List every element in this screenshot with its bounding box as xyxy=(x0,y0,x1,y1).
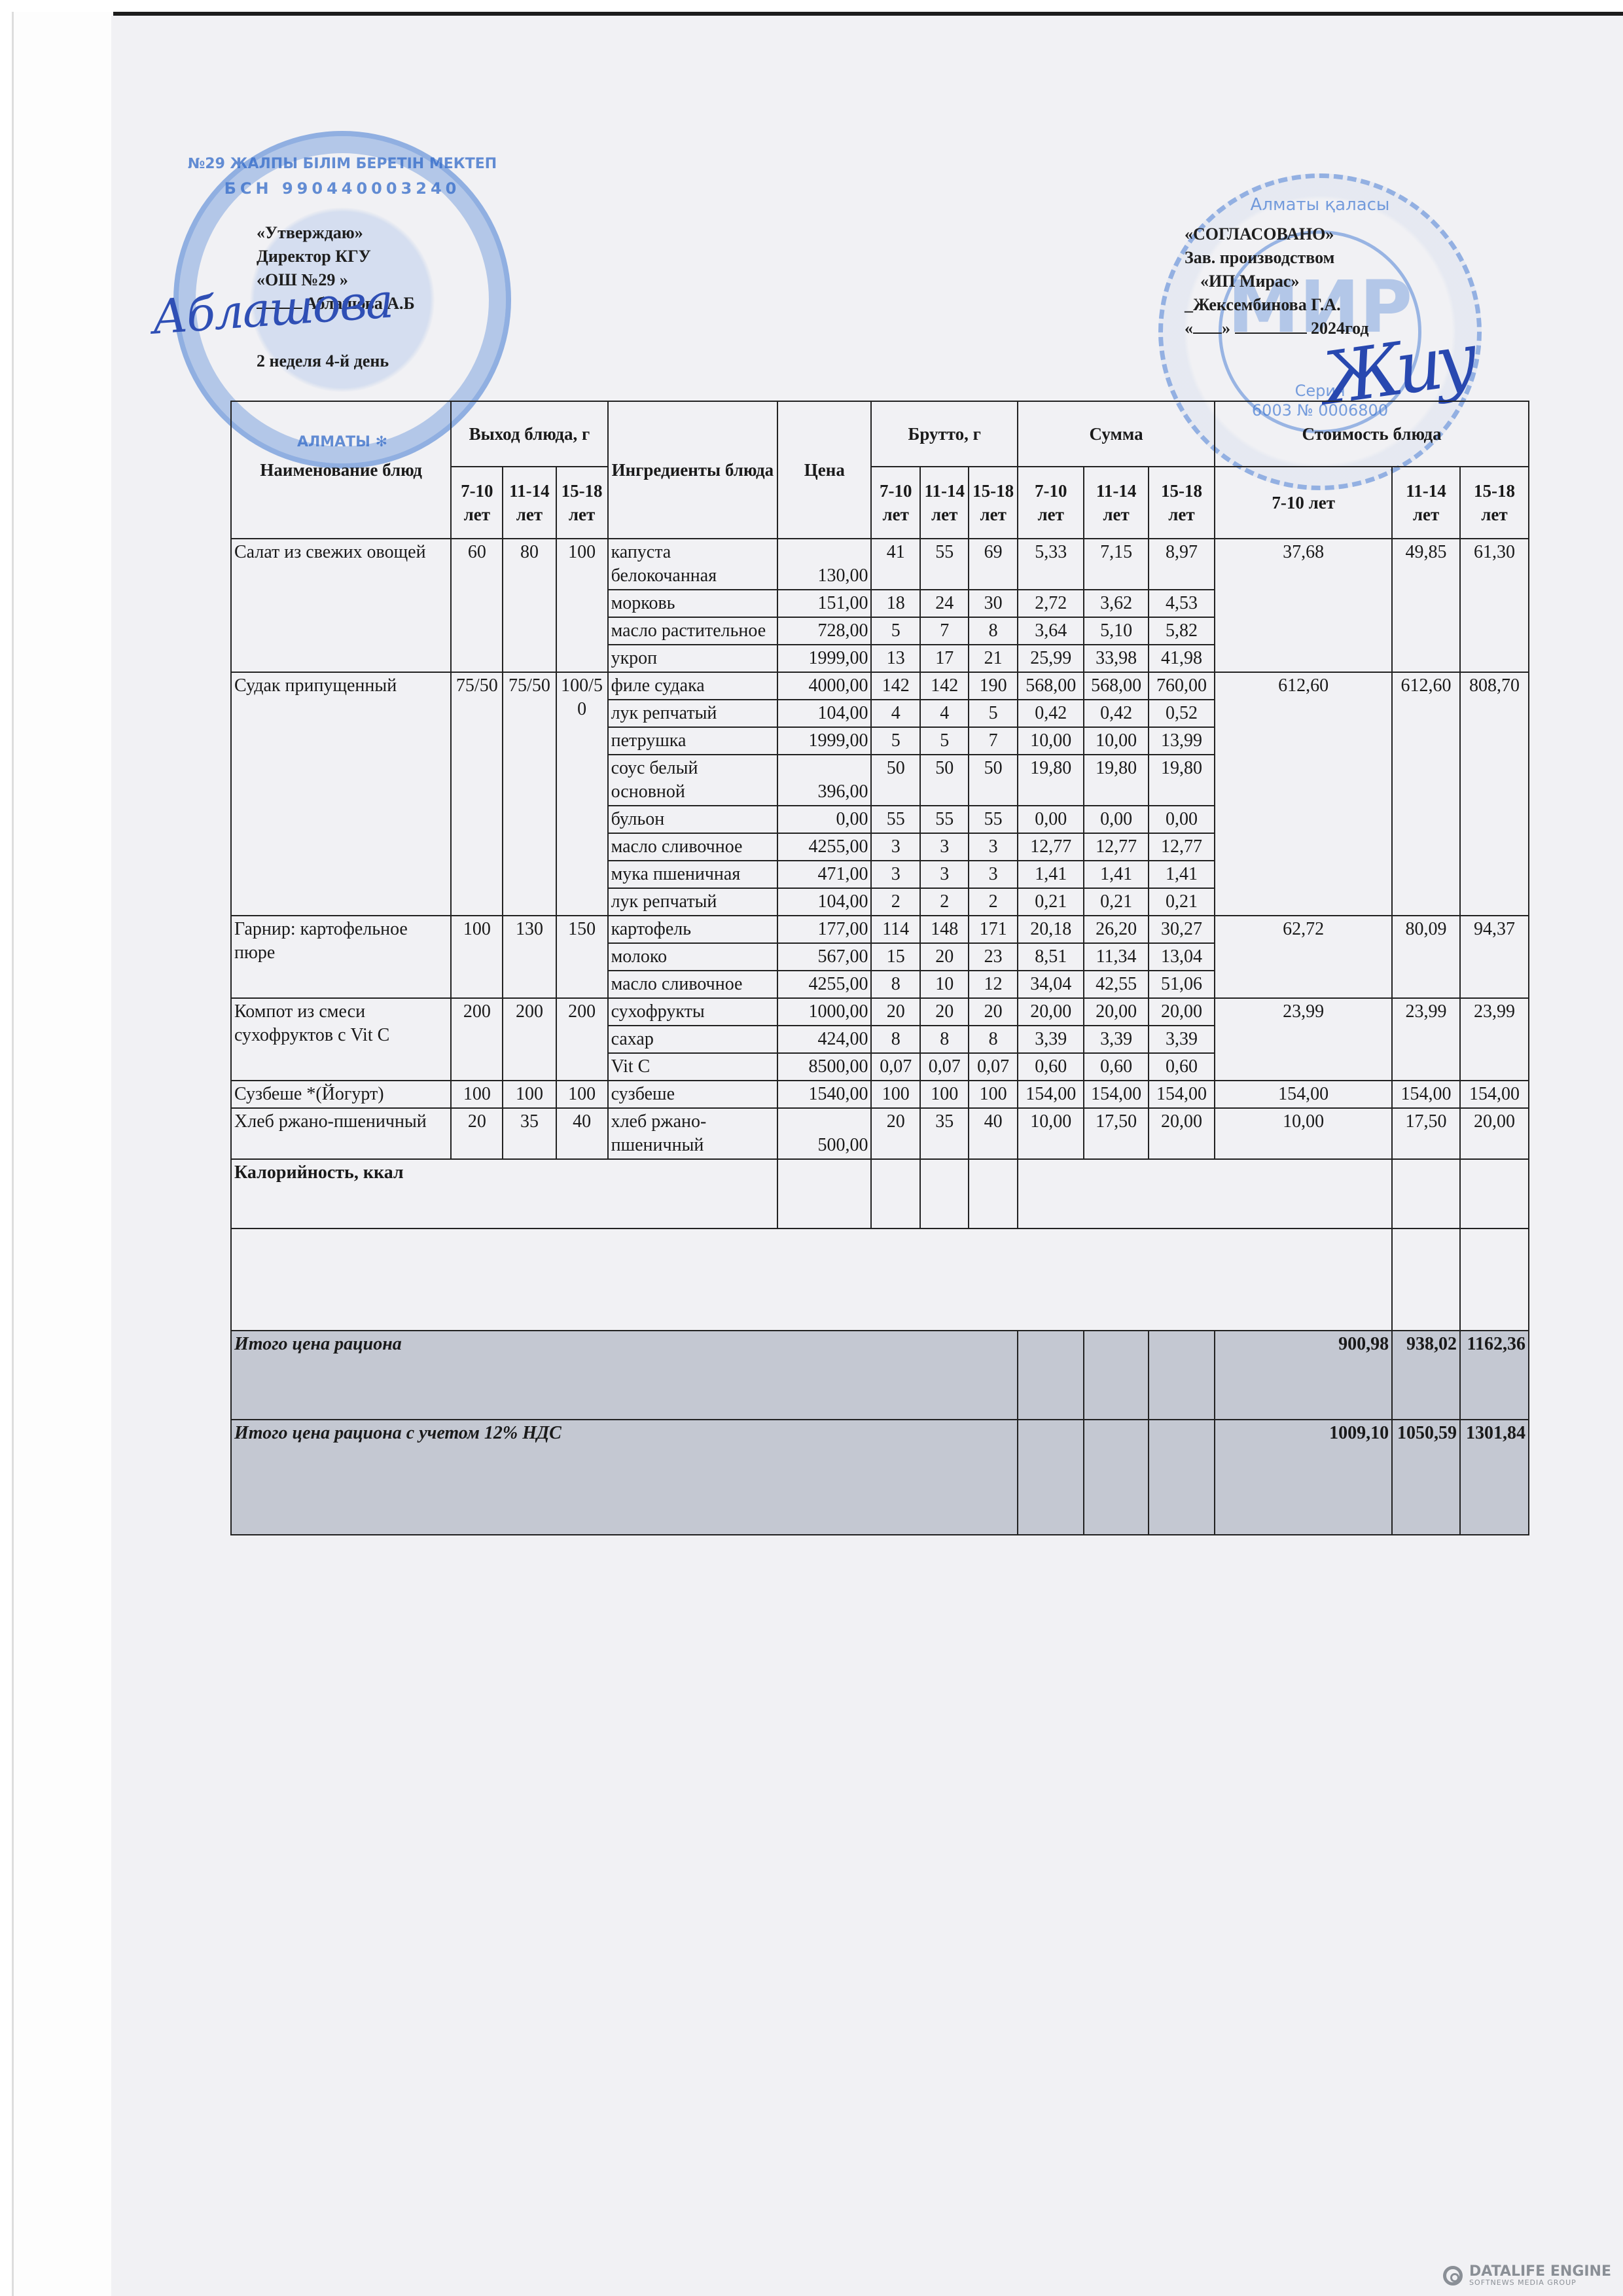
sum-11-14: 20,00 xyxy=(1084,998,1148,1026)
brutto-11-14: 3 xyxy=(920,861,969,888)
brutto-15-18: 69 xyxy=(969,539,1017,590)
sum-11-14: 3,62 xyxy=(1084,590,1148,617)
dish-cost-7-10: 10,00 xyxy=(1215,1108,1392,1159)
dish-cost-11-14: 612,60 xyxy=(1392,672,1460,916)
ingredient-name: сузбеше xyxy=(608,1081,778,1108)
approval-title: «СОГЛАСОВАНО» xyxy=(1185,223,1369,246)
brutto-7-10: 4 xyxy=(871,700,919,727)
calories-row: Калорийность, ккал xyxy=(231,1159,1529,1229)
dish-name: Хлеб ржано-пшеничный xyxy=(231,1108,451,1159)
total-vat-value-15-18: 1301,84 xyxy=(1460,1420,1529,1535)
dish-cost-11-14: 49,85 xyxy=(1392,539,1460,672)
sum-15-18: 41,98 xyxy=(1149,645,1215,672)
sum-7-10: 0,60 xyxy=(1018,1053,1084,1081)
brutto-11-14: 8 xyxy=(920,1026,969,1053)
brutto-15-18: 20 xyxy=(969,998,1017,1026)
brutto-7-10: 8 xyxy=(871,971,919,998)
ingredient-price: 728,00 xyxy=(777,617,871,645)
sum-11-14: 5,10 xyxy=(1084,617,1148,645)
watermark-subtitle: SOFTNEWS MEDIA GROUP xyxy=(1469,2279,1611,2287)
sum-11-14: 0,60 xyxy=(1084,1053,1148,1081)
yield-7-10: 75/50 xyxy=(451,672,503,916)
brutto-7-10: 8 xyxy=(871,1026,919,1053)
brutto-11-14: 0,07 xyxy=(920,1053,969,1081)
sum-15-18: 13,99 xyxy=(1149,727,1215,755)
header-yield: Выход блюда, г xyxy=(451,401,607,467)
brutto-15-18: 3 xyxy=(969,833,1017,861)
date-day-blank xyxy=(1193,332,1222,334)
brutto-7-10: 5 xyxy=(871,727,919,755)
sum-11-14: 0,21 xyxy=(1084,888,1148,916)
brutto-7-10: 100 xyxy=(871,1081,919,1108)
sum-7-10: 12,77 xyxy=(1018,833,1084,861)
yield-7-10: 100 xyxy=(451,916,503,998)
sum-11-14: 33,98 xyxy=(1084,645,1148,672)
brutto-15-18: 0,07 xyxy=(969,1053,1017,1081)
sum-11-14: 19,80 xyxy=(1084,755,1148,806)
signature-line xyxy=(257,308,302,309)
sum-15-18: 0,00 xyxy=(1149,806,1215,833)
sum-7-10: 0,42 xyxy=(1018,700,1084,727)
sum-7-10: 10,00 xyxy=(1018,727,1084,755)
sum-11-14: 17,50 xyxy=(1084,1108,1148,1159)
ingredient-price: 1999,00 xyxy=(777,727,871,755)
ingredient-price: 567,00 xyxy=(777,943,871,971)
total-empty-cell xyxy=(1018,1420,1084,1535)
ingredient-price: 151,00 xyxy=(777,590,871,617)
sum-15-18: 154,00 xyxy=(1149,1081,1215,1108)
ingredient-price: 471,00 xyxy=(777,861,871,888)
calories-cell xyxy=(969,1159,1017,1229)
brutto-15-18: 3 xyxy=(969,861,1017,888)
brutto-11-14: 20 xyxy=(920,998,969,1026)
brutto-7-10: 142 xyxy=(871,672,919,700)
sum-7-10: 5,33 xyxy=(1018,539,1084,590)
header-price: Цена xyxy=(777,401,871,539)
ingredient-price: 4255,00 xyxy=(777,971,871,998)
total-vat-label: Итого цена рациона с учетом 12% НДС xyxy=(231,1420,1018,1535)
sum-15-18: 19,80 xyxy=(1149,755,1215,806)
sum-11-14: 26,20 xyxy=(1084,916,1148,943)
sum-7-10: 20,18 xyxy=(1018,916,1084,943)
sum-11-14: 0,42 xyxy=(1084,700,1148,727)
total-empty-cell xyxy=(1018,1331,1084,1420)
calories-cell xyxy=(920,1159,969,1229)
dish-cost-11-14: 80,09 xyxy=(1392,916,1460,998)
sum-7-10: 0,00 xyxy=(1018,806,1084,833)
dish-cost-7-10: 37,68 xyxy=(1215,539,1392,672)
sum-15-18: 12,77 xyxy=(1149,833,1215,861)
ingredient-name: молоко xyxy=(608,943,778,971)
calories-cell xyxy=(1392,1159,1460,1229)
brutto-11-14: 4 xyxy=(920,700,969,727)
menu-table-body: Салат из свежих овощей6080100капуста бел… xyxy=(231,539,1529,1159)
sum-7-10: 1,41 xyxy=(1018,861,1084,888)
brutto-15-18: 5 xyxy=(969,700,1017,727)
total-label: Итого цена рациона xyxy=(231,1331,1018,1420)
ingredient-price: 104,00 xyxy=(777,700,871,727)
brutto-11-14: 55 xyxy=(920,539,969,590)
dish-name: Салат из свежих овощей xyxy=(231,539,451,672)
approval-position: Зав. производством xyxy=(1185,246,1369,270)
ingredient-row: Салат из свежих овощей6080100капуста бел… xyxy=(231,539,1529,590)
brutto-11-14: 148 xyxy=(920,916,969,943)
approval-date: «» 2024год xyxy=(1185,317,1369,340)
total-vat-row: Итого цена рациона с учетом 12% НДС 1009… xyxy=(231,1420,1529,1535)
total-value-7-10: 900,98 xyxy=(1215,1331,1392,1420)
header-age: 15-18 лет xyxy=(969,467,1017,539)
date-open-quote: « xyxy=(1185,319,1193,338)
ingredient-price: 177,00 xyxy=(777,916,871,943)
approval-name: Аблашова А.Б xyxy=(305,294,415,313)
yield-11-14: 200 xyxy=(503,998,556,1081)
header-age: 15-18 лет xyxy=(1460,467,1529,539)
brutto-15-18: 21 xyxy=(969,645,1017,672)
approval-title: «Утверждаю» xyxy=(257,221,415,245)
date-close-quote: » xyxy=(1222,319,1230,338)
sum-11-14: 0,00 xyxy=(1084,806,1148,833)
blank-cell xyxy=(1392,1229,1460,1331)
brutto-7-10: 20 xyxy=(871,1108,919,1159)
ingredient-price: 4000,00 xyxy=(777,672,871,700)
sum-15-18: 0,60 xyxy=(1149,1053,1215,1081)
sum-7-10: 2,72 xyxy=(1018,590,1084,617)
total-row: Итого цена рациона 900,98 938,02 1162,36 xyxy=(231,1331,1529,1420)
header-age: 11-14 лет xyxy=(1084,467,1148,539)
sum-11-14: 3,39 xyxy=(1084,1026,1148,1053)
brutto-15-18: 171 xyxy=(969,916,1017,943)
ingredient-row: Гарнир: картофельное пюре100130150картоф… xyxy=(231,916,1529,943)
sum-7-10: 34,04 xyxy=(1018,971,1084,998)
approval-org: «ИП Мирас» xyxy=(1185,270,1369,293)
yield-7-10: 20 xyxy=(451,1108,503,1159)
datalife-logo-icon xyxy=(1443,2266,1463,2286)
brutto-7-10: 50 xyxy=(871,755,919,806)
sum-11-14: 7,15 xyxy=(1084,539,1148,590)
sum-15-18: 3,39 xyxy=(1149,1026,1215,1053)
sum-15-18: 760,00 xyxy=(1149,672,1215,700)
ingredient-row: Судак припущенный75/5075/50100/50филе су… xyxy=(231,672,1529,700)
sum-15-18: 1,41 xyxy=(1149,861,1215,888)
calories-label: Калорийность, ккал xyxy=(231,1159,777,1229)
ingredient-price: 424,00 xyxy=(777,1026,871,1053)
ingredient-price: 1540,00 xyxy=(777,1081,871,1108)
sum-7-10: 25,99 xyxy=(1018,645,1084,672)
sum-15-18: 20,00 xyxy=(1149,1108,1215,1159)
brutto-15-18: 7 xyxy=(969,727,1017,755)
dish-cost-11-14: 154,00 xyxy=(1392,1081,1460,1108)
ingredient-name: бульон xyxy=(608,806,778,833)
ingredient-name: масло растительное xyxy=(608,617,778,645)
brutto-11-14: 3 xyxy=(920,833,969,861)
brutto-7-10: 3 xyxy=(871,861,919,888)
brutto-11-14: 17 xyxy=(920,645,969,672)
brutto-15-18: 8 xyxy=(969,1026,1017,1053)
dish-name: Компот из смеси сухофруктов с Vit C xyxy=(231,998,451,1081)
total-empty-cell xyxy=(1149,1331,1215,1420)
calories-cell xyxy=(777,1159,871,1229)
ingredient-price: 1000,00 xyxy=(777,998,871,1026)
ingredient-name: сухофрукты xyxy=(608,998,778,1026)
brutto-7-10: 15 xyxy=(871,943,919,971)
sum-7-10: 20,00 xyxy=(1018,998,1084,1026)
ingredient-price: 0,00 xyxy=(777,806,871,833)
scan-edge-left xyxy=(12,12,113,2296)
sum-11-14: 12,77 xyxy=(1084,833,1148,861)
yield-11-14: 75/50 xyxy=(503,672,556,916)
header-age: 7-10 лет xyxy=(451,467,503,539)
dish-name: Гарнир: картофельное пюре xyxy=(231,916,451,998)
ingredient-name: масло сливочное xyxy=(608,971,778,998)
dish-name: Судак припущенный xyxy=(231,672,451,916)
ingredient-name: сахар xyxy=(608,1026,778,1053)
header-dish-name: Наименование блюд xyxy=(231,401,451,539)
ingredient-price: 500,00 xyxy=(777,1108,871,1159)
brutto-7-10: 3 xyxy=(871,833,919,861)
dish-cost-15-18: 23,99 xyxy=(1460,998,1529,1081)
header-age: 7-10 лет xyxy=(871,467,919,539)
sum-15-18: 5,82 xyxy=(1149,617,1215,645)
summary-body: Калорийность, ккал Итого цена рациона 90… xyxy=(231,1159,1529,1535)
brutto-15-18: 100 xyxy=(969,1081,1017,1108)
yield-7-10: 200 xyxy=(451,998,503,1081)
approval-block-right: «СОГЛАСОВАНО» Зав. производством «ИП Мир… xyxy=(1185,223,1369,340)
dish-cost-7-10: 62,72 xyxy=(1215,916,1392,998)
yield-11-14: 80 xyxy=(503,539,556,672)
brutto-15-18: 8 xyxy=(969,617,1017,645)
brutto-7-10: 2 xyxy=(871,888,919,916)
blank-cell xyxy=(1460,1229,1529,1331)
approval-name: _Жексембинова Г.А. xyxy=(1185,293,1369,317)
sum-7-10: 3,39 xyxy=(1018,1026,1084,1053)
ingredient-row: Компот из смеси сухофруктов с Vit C20020… xyxy=(231,998,1529,1026)
approval-block-left: «Утверждаю» Директор КГУ «ОШ №29 » Аблаш… xyxy=(257,221,415,373)
dish-cost-15-18: 808,70 xyxy=(1460,672,1529,916)
yield-15-18: 40 xyxy=(556,1108,608,1159)
yield-11-14: 130 xyxy=(503,916,556,998)
ingredient-name: морковь xyxy=(608,590,778,617)
sum-11-14: 42,55 xyxy=(1084,971,1148,998)
blank-cell xyxy=(231,1229,1392,1331)
ingredient-name: лук репчатый xyxy=(608,700,778,727)
sum-7-10: 0,21 xyxy=(1018,888,1084,916)
header-ingredients: Ингредиенты блюда xyxy=(608,401,778,539)
sum-7-10: 8,51 xyxy=(1018,943,1084,971)
ingredient-price: 104,00 xyxy=(777,888,871,916)
brutto-11-14: 5 xyxy=(920,727,969,755)
brutto-15-18: 23 xyxy=(969,943,1017,971)
calories-cell xyxy=(1018,1159,1392,1229)
ingredient-row: Хлеб ржано-пшеничный203540хлеб ржано-пше… xyxy=(231,1108,1529,1159)
sum-15-18: 20,00 xyxy=(1149,998,1215,1026)
ingredient-name: укроп xyxy=(608,645,778,672)
dish-cost-11-14: 23,99 xyxy=(1392,998,1460,1081)
header-age: 11-14 лет xyxy=(1392,467,1460,539)
menu-cost-table: Наименование блюд Выход блюда, г Ингреди… xyxy=(230,401,1529,1535)
dish-name: Сузбеше *(Йогурт) xyxy=(231,1081,451,1108)
ingredient-name: хлеб ржано-пшеничный xyxy=(608,1108,778,1159)
total-empty-cell xyxy=(1084,1420,1148,1535)
week-day-label: 2 неделя 4-й день xyxy=(257,350,415,373)
header-brutto: Брутто, г xyxy=(871,401,1017,467)
header-age: 7-10 лет xyxy=(1018,467,1084,539)
ingredient-name: лук репчатый xyxy=(608,888,778,916)
yield-7-10: 60 xyxy=(451,539,503,672)
brutto-15-18: 2 xyxy=(969,888,1017,916)
ingredient-name: петрушка xyxy=(608,727,778,755)
brutto-11-14: 100 xyxy=(920,1081,969,1108)
yield-15-18: 100/50 xyxy=(556,672,608,916)
header-dish-cost: Стоимость блюда xyxy=(1215,401,1529,467)
brutto-11-14: 50 xyxy=(920,755,969,806)
sum-15-18: 0,21 xyxy=(1149,888,1215,916)
watermark-title: DATALIFE ENGINE xyxy=(1469,2265,1611,2279)
ingredient-price: 8500,00 xyxy=(777,1053,871,1081)
brutto-7-10: 18 xyxy=(871,590,919,617)
brutto-15-18: 40 xyxy=(969,1108,1017,1159)
dish-cost-15-18: 154,00 xyxy=(1460,1081,1529,1108)
calories-cell xyxy=(1460,1159,1529,1229)
sum-15-18: 30,27 xyxy=(1149,916,1215,943)
brutto-11-14: 20 xyxy=(920,943,969,971)
brutto-7-10: 55 xyxy=(871,806,919,833)
dish-cost-15-18: 61,30 xyxy=(1460,539,1529,672)
ingredient-name: филе судака xyxy=(608,672,778,700)
brutto-15-18: 30 xyxy=(969,590,1017,617)
approval-name-line: Аблашова А.Б xyxy=(257,292,415,315)
brutto-11-14: 2 xyxy=(920,888,969,916)
ingredient-price: 4255,00 xyxy=(777,833,871,861)
date-year: 2024год xyxy=(1311,319,1369,338)
yield-15-18: 100 xyxy=(556,1081,608,1108)
sum-11-14: 154,00 xyxy=(1084,1081,1148,1108)
yield-15-18: 100 xyxy=(556,539,608,672)
total-value-15-18: 1162,36 xyxy=(1460,1331,1529,1420)
dish-cost-15-18: 20,00 xyxy=(1460,1108,1529,1159)
sum-15-18: 0,52 xyxy=(1149,700,1215,727)
sum-15-18: 13,04 xyxy=(1149,943,1215,971)
sum-15-18: 4,53 xyxy=(1149,590,1215,617)
total-vat-value-11-14: 1050,59 xyxy=(1392,1420,1460,1535)
brutto-11-14: 10 xyxy=(920,971,969,998)
brutto-15-18: 190 xyxy=(969,672,1017,700)
sum-11-14: 10,00 xyxy=(1084,727,1148,755)
brutto-11-14: 142 xyxy=(920,672,969,700)
yield-7-10: 100 xyxy=(451,1081,503,1108)
total-empty-cell xyxy=(1149,1420,1215,1535)
yield-11-14: 100 xyxy=(503,1081,556,1108)
brutto-7-10: 20 xyxy=(871,998,919,1026)
brutto-11-14: 24 xyxy=(920,590,969,617)
dish-cost-11-14: 17,50 xyxy=(1392,1108,1460,1159)
blank-row xyxy=(231,1229,1529,1331)
yield-11-14: 35 xyxy=(503,1108,556,1159)
brutto-7-10: 0,07 xyxy=(871,1053,919,1081)
ingredient-price: 396,00 xyxy=(777,755,871,806)
total-vat-value-7-10: 1009,10 xyxy=(1215,1420,1392,1535)
header-age: 11-14 лет xyxy=(920,467,969,539)
ingredient-name: масло сливочное xyxy=(608,833,778,861)
ingredient-name: капуста белокочанная xyxy=(608,539,778,590)
brutto-15-18: 55 xyxy=(969,806,1017,833)
sum-11-14: 11,34 xyxy=(1084,943,1148,971)
header-age: 11-14 лет xyxy=(503,467,556,539)
ingredient-name: мука пшеничная xyxy=(608,861,778,888)
sum-7-10: 19,80 xyxy=(1018,755,1084,806)
ingredient-name: картофель xyxy=(608,916,778,943)
watermark: DATALIFE ENGINE SOFTNEWS MEDIA GROUP xyxy=(1443,2265,1611,2287)
brutto-7-10: 13 xyxy=(871,645,919,672)
date-month-blank xyxy=(1235,332,1307,334)
ingredient-row: Сузбеше *(Йогурт)100100100сузбеше1540,00… xyxy=(231,1081,1529,1108)
dish-cost-15-18: 94,37 xyxy=(1460,916,1529,998)
sum-11-14: 1,41 xyxy=(1084,861,1148,888)
sum-11-14: 568,00 xyxy=(1084,672,1148,700)
brutto-11-14: 7 xyxy=(920,617,969,645)
approval-org: «ОШ №29 » xyxy=(257,268,415,292)
header-age: 15-18 лет xyxy=(1149,467,1215,539)
header-age: 7-10 лет xyxy=(1215,467,1392,539)
header-age: 15-18 лет xyxy=(556,467,608,539)
sum-7-10: 568,00 xyxy=(1018,672,1084,700)
total-empty-cell xyxy=(1084,1331,1148,1420)
dish-cost-7-10: 612,60 xyxy=(1215,672,1392,916)
calories-cell xyxy=(871,1159,919,1229)
yield-15-18: 200 xyxy=(556,998,608,1081)
brutto-15-18: 50 xyxy=(969,755,1017,806)
ingredient-name: Vit C xyxy=(608,1053,778,1081)
total-value-11-14: 938,02 xyxy=(1392,1331,1460,1420)
ingredient-price: 1999,00 xyxy=(777,645,871,672)
brutto-11-14: 35 xyxy=(920,1108,969,1159)
approval-position: Директор КГУ xyxy=(257,245,415,268)
ingredient-name: соус белый основной xyxy=(608,755,778,806)
sum-7-10: 154,00 xyxy=(1018,1081,1084,1108)
ingredient-price: 130,00 xyxy=(777,539,871,590)
brutto-7-10: 41 xyxy=(871,539,919,590)
brutto-11-14: 55 xyxy=(920,806,969,833)
header-sum: Сумма xyxy=(1018,401,1215,467)
sum-7-10: 3,64 xyxy=(1018,617,1084,645)
dish-cost-7-10: 154,00 xyxy=(1215,1081,1392,1108)
sum-7-10: 10,00 xyxy=(1018,1108,1084,1159)
yield-15-18: 150 xyxy=(556,916,608,998)
dish-cost-7-10: 23,99 xyxy=(1215,998,1392,1081)
brutto-7-10: 114 xyxy=(871,916,919,943)
brutto-15-18: 12 xyxy=(969,971,1017,998)
sum-15-18: 51,06 xyxy=(1149,971,1215,998)
sum-15-18: 8,97 xyxy=(1149,539,1215,590)
brutto-7-10: 5 xyxy=(871,617,919,645)
